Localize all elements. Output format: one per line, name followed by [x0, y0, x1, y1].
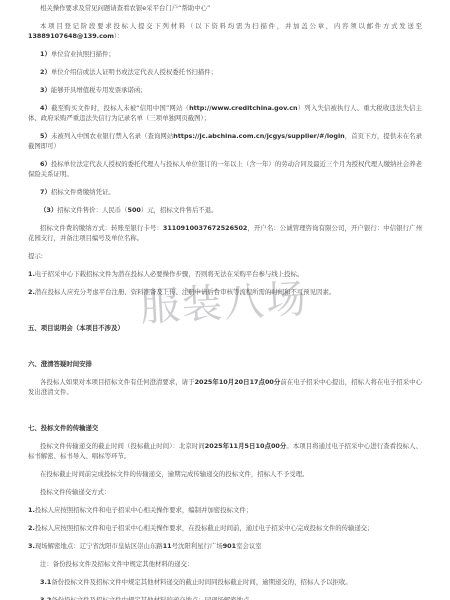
bold-text-run: https://jc.abchina.com.cn/jcgys/supplier…	[173, 132, 344, 140]
bold-text-run: 1.	[28, 506, 35, 514]
paragraph: 注：备份投标文件及招标文件中规定其他材料的递交：	[28, 559, 422, 569]
paragraph: 招标文件费的缴纳方式：转账至银行卡号：3110910037672526502，开…	[28, 223, 422, 243]
text-run: 提示:	[28, 252, 43, 260]
text-run: 潜在投标人应充分考虑平台注册、资料准备及上传、注册申请后台审核等流程所需的时间和…	[35, 288, 335, 296]
paragraph: 6）投标单位法定代表人授权的委托代理人与投标人单位签订的一年以上（含一年）的劳动…	[28, 159, 422, 179]
text-run: 室会议室	[236, 542, 262, 550]
paragraph: 3.现场解密地点：辽宁省沈阳市皇姑区崇山东路11号沈阳利星行广场901室会议室	[28, 541, 422, 551]
text-run: ）：	[114, 32, 124, 40]
bold-text-run: 2）	[40, 68, 51, 76]
text-run: 招标文件费的缴纳方式：转账至银行卡号：	[40, 224, 163, 232]
bold-text-run: 3.2	[40, 596, 51, 600]
bold-text-run: 3）	[40, 86, 51, 94]
bold-text-run: 2025年11月5日10点00分	[205, 442, 287, 450]
text-run: 投标人应按照招标文件和电子招采中心相关操作要求，在投标截止时间前，通过电子招采中…	[35, 524, 374, 532]
paragraph: 5）未被列入中国农业银行禁入名录（查询网站https://jc.abchina.…	[28, 131, 422, 151]
text-run: ）元，招标文件售后不退。	[141, 206, 218, 214]
text-run: 电子招采中心下载招标文件为潜在投标人必要操作步骤，否则将无法在采购平台参与线上投…	[35, 270, 303, 278]
text-run: 五、项目说明会（本项目不涉及）	[28, 324, 124, 332]
bold-text-run: 2.	[28, 288, 35, 296]
text-run: 能够开具增值税专用发票承诺函；	[51, 86, 147, 94]
text-run: 在投标截止时间前完成投标文件的传输递交，逾期完成传输递交的投标文件，招标人不予受…	[40, 470, 308, 478]
paragraph: 各投标人如果对本项目招标文件有任何澄清要求，请于2025年10月20日17点00…	[28, 377, 422, 397]
text-run: 各投标人如果对本项目招标文件有任何澄清要求，请于	[40, 378, 195, 386]
paragraph: 4）截至购买文件时，投标人未被“信用中国”网站（http://www.credi…	[28, 103, 422, 123]
text-run: 七、投标文件的传输递交	[28, 424, 98, 432]
text-run: 投标文件传输递交的截止时间（投标截止时间）：北京时间	[40, 442, 205, 450]
text-run: 本项目登记阶段要求投标人提交下列材料（以下资料均需为扫描件，并加盖公章，内容须以…	[40, 22, 422, 30]
text-run: 截至购买文件时，投标人未被“信用中国”网站（	[51, 104, 189, 112]
paragraph: 本项目登记阶段要求投标人提交下列材料（以下资料均需为扫描件，并加盖公章，内容须以…	[28, 21, 422, 41]
text-run: 投标单位法定代表人授权的委托代理人与投标人单位签订的一年以上（含一年）的劳动合同…	[28, 160, 422, 178]
document-page: 服装八场 相关操作要求及常见问题请查看农银e采平台门户“帮助中心”本项目登记阶段…	[0, 0, 450, 600]
bold-text-run: 5）	[40, 132, 51, 140]
text-run: 备份投标文件及招标文件中规定其他材料的递交地点：同现场解密地点。	[51, 596, 256, 600]
paragraph: 3）能够开具增值税专用发票承诺函；	[28, 85, 422, 95]
bold-text-run: 901	[223, 542, 236, 550]
section-heading: 五、项目说明会（本项目不涉及）	[28, 323, 422, 333]
bold-text-run: http://www.creditchina.gov.cn	[189, 104, 297, 112]
bold-text-run: 3.	[28, 542, 35, 550]
text-run: 相关操作要求及常见问题请查看农银e采平台门户“帮助中心”	[40, 4, 210, 12]
bold-text-run: 6）	[40, 160, 51, 168]
bold-text-run: 13889107648@139.com	[28, 32, 114, 40]
paragraph: （3）招标文件售价：人民币（500）元，招标文件售后不退。	[28, 205, 422, 215]
text-run: 备份投标文件及招标文件中规定其他材料递交的截止时间同投标截止时间，逾期递交的，招…	[51, 578, 351, 586]
paragraph: 1.投标人应按照招标文件和电子招采中心相关操作要求，编制并加密投标文件；	[28, 505, 422, 515]
text-run: 六、澄清答疑时间安排	[28, 360, 92, 368]
text-run: 投标人应按照招标文件和电子招采中心相关操作要求，编制并加密投标文件；	[35, 506, 252, 514]
text-run: 招标文件售价：人民币（	[57, 206, 127, 214]
paragraph: 投标文件传输递交的截止时间（投标截止时间）：北京时间2025年11月5日10点0…	[28, 441, 422, 461]
paragraph: 2.潜在投标人应充分考虑平台注册、资料准备及上传、注册申请后台审核等流程所需的时…	[28, 287, 422, 297]
text-run: 注：备份投标文件及招标文件中规定其他材料的递交：	[40, 560, 193, 568]
paragraph: 3.1备份投标文件及招标文件中规定其他材料递交的截止时间同投标截止时间，逾期递交…	[28, 577, 422, 587]
bold-text-run: 1）	[40, 50, 51, 58]
paragraph: 1）单位营业执照扫描件；	[28, 49, 422, 59]
bold-text-run: 4）	[40, 104, 51, 112]
paragraph: 2）单位介绍信或法人证明书或法定代表人授权委托书扫描件；	[28, 67, 422, 77]
text-run: 未被列入中国农业银行禁入名录（查询网站	[51, 132, 173, 140]
bold-text-run: 3110910037672526502	[163, 224, 248, 232]
section-heading: 七、投标文件的传输递交	[28, 423, 422, 433]
bold-text-run: 7）	[40, 188, 51, 196]
paragraph: 3.2备份投标文件及招标文件中规定其他材料的递交地点：同现场解密地点。	[28, 595, 422, 600]
bold-text-run: 500	[128, 206, 141, 214]
text-run: 单位营业执照扫描件；	[51, 50, 115, 58]
bold-text-run: 3.1	[40, 578, 51, 586]
paragraph: 投标文件传输递交方式：	[28, 487, 422, 497]
paragraph: 1.电子招采中心下载招标文件为潜在投标人必要操作步骤，否则将无法在采购平台参与线…	[28, 269, 422, 279]
bold-text-run: 2.	[28, 524, 35, 532]
bold-text-run: 2025年10月20日17点00分	[195, 378, 281, 386]
text-run: 号沈阳利星行广场	[172, 542, 223, 550]
paragraph: 2.投标人应按照招标文件和电子招采中心相关操作要求，在投标截止时间前，通过电子招…	[28, 523, 422, 533]
bold-text-run: （3）	[40, 206, 57, 214]
bold-text-run: 1.	[28, 270, 35, 278]
text-run: 单位介绍信或法人证明书或法定代表人授权委托书扫描件；	[51, 68, 217, 76]
text-run: 招标文件费缴纳凭证。	[51, 188, 115, 196]
document-content: 相关操作要求及常见问题请查看农银e采平台门户“帮助中心”本项目登记阶段要求投标人…	[28, 3, 422, 600]
text-run: 现场解密地点：辽宁省沈阳市皇姑区崇山东路	[35, 542, 163, 550]
bold-text-run: 11	[163, 542, 172, 550]
text-run: 投标文件传输递交方式：	[40, 488, 110, 496]
paragraph: 相关操作要求及常见问题请查看农银e采平台门户“帮助中心”	[28, 3, 422, 13]
paragraph: 7）招标文件费缴纳凭证。	[28, 187, 422, 197]
paragraph: 在投标截止时间前完成投标文件的传输递交，逾期完成传输递交的投标文件，招标人不予受…	[28, 469, 422, 479]
section-heading: 六、澄清答疑时间安排	[28, 359, 422, 369]
paragraph: 提示:	[28, 251, 422, 261]
